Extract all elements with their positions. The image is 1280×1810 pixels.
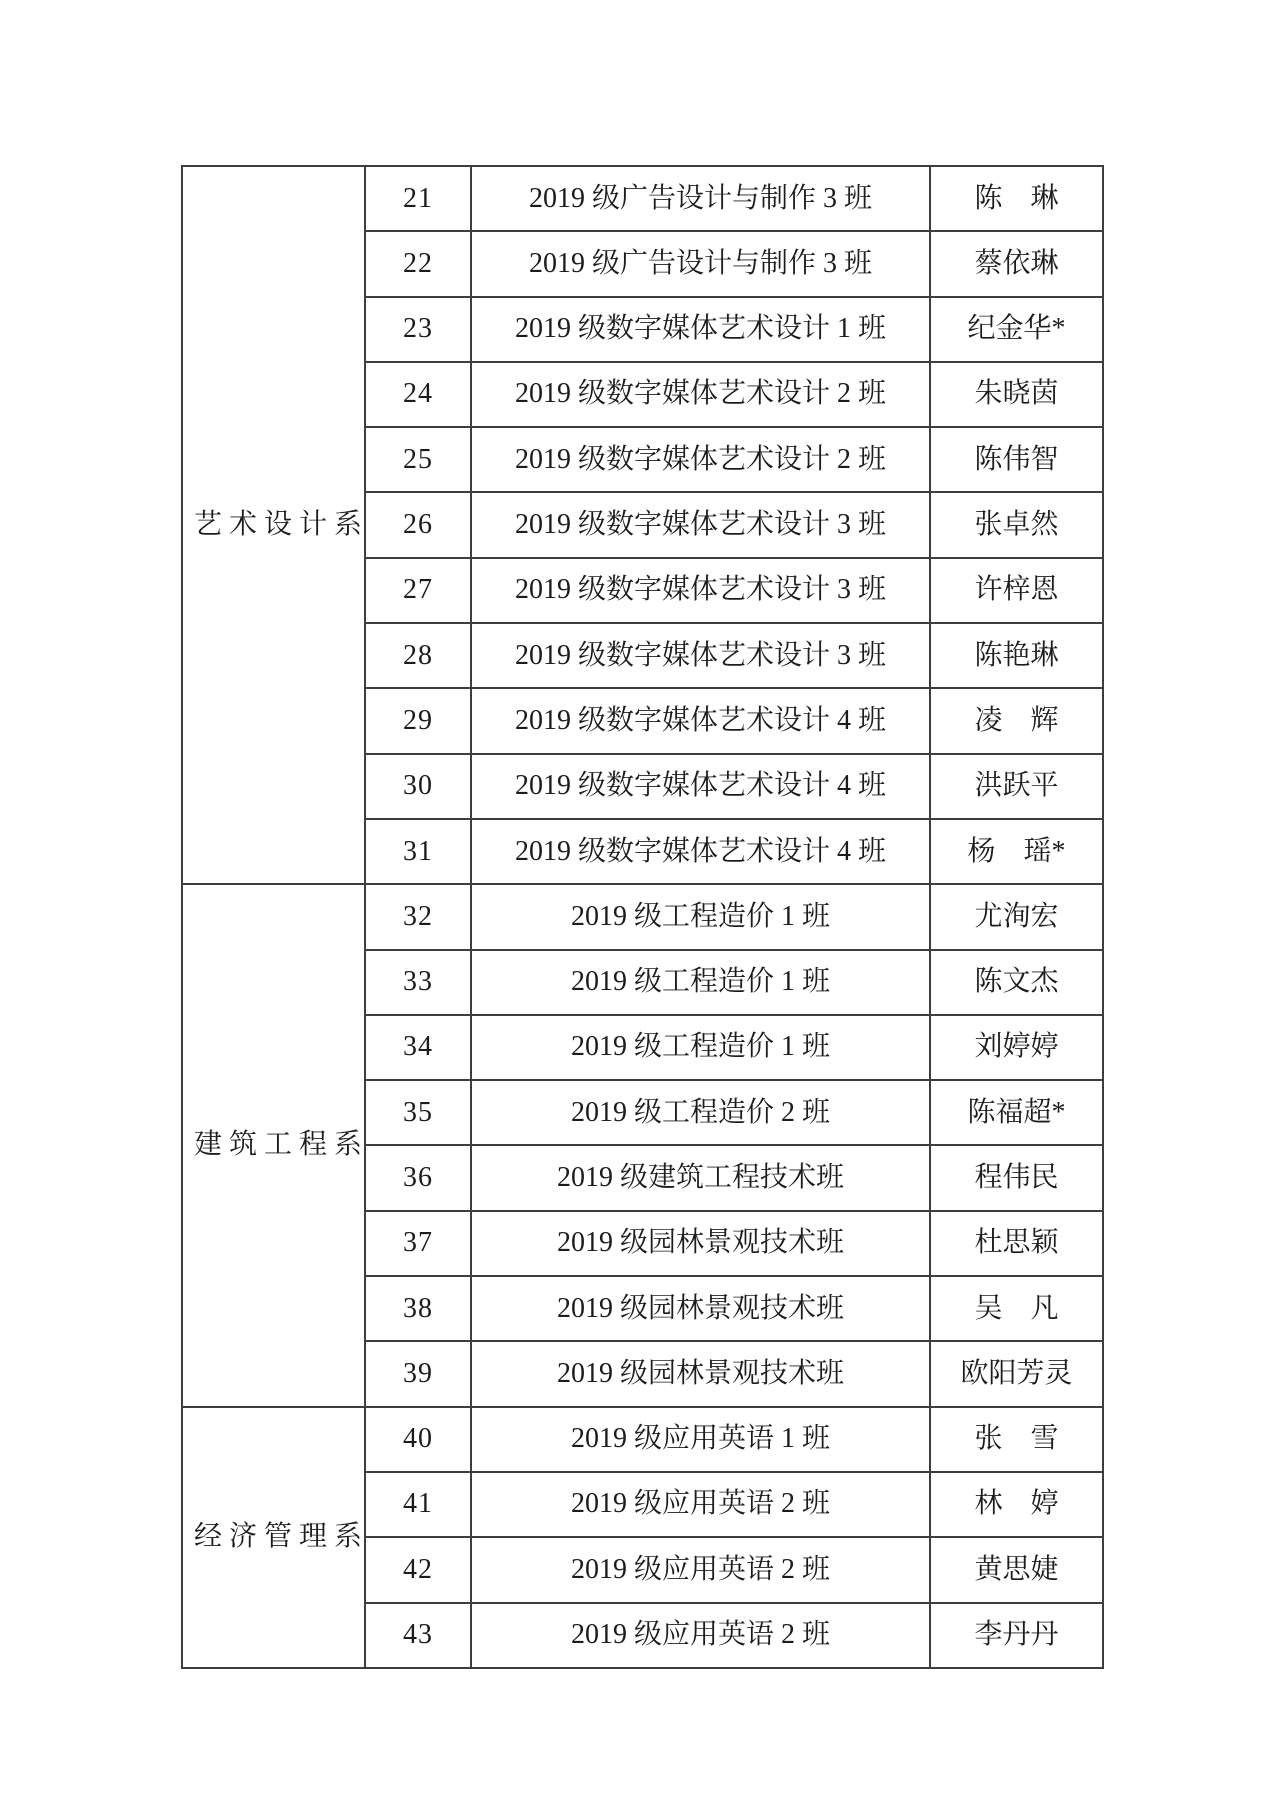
row-number-cell: 29 [365,688,471,753]
document-page: 艺术设计系 21 2019 级广告设计与制作 3 班 陈 琳 22 2019 级… [0,0,1280,1810]
student-name-cell: 刘婷婷 [930,1015,1103,1080]
class-name-cell: 2019 级数字媒体艺术设计 3 班 [471,623,930,688]
student-name-cell: 尤洵宏 [930,884,1103,949]
class-name-cell: 2019 级建筑工程技术班 [471,1145,930,1210]
row-number-cell: 27 [365,558,471,623]
row-number-cell: 35 [365,1080,471,1145]
student-name-cell: 李丹丹 [930,1603,1103,1668]
row-number-cell: 30 [365,754,471,819]
student-name-cell: 陈福超* [930,1080,1103,1145]
row-number-cell: 37 [365,1211,471,1276]
class-name-cell: 2019 级园林景观技术班 [471,1341,930,1406]
student-name-cell: 张卓然 [930,492,1103,557]
class-name-cell: 2019 级数字媒体艺术设计 4 班 [471,819,930,884]
row-number-cell: 39 [365,1341,471,1406]
table-row: 艺术设计系 21 2019 级广告设计与制作 3 班 陈 琳 [182,166,1103,231]
student-name-cell: 洪跃平 [930,754,1103,819]
student-name-cell: 朱晓茵 [930,362,1103,427]
class-name-cell: 2019 级园林景观技术班 [471,1211,930,1276]
department-cell: 建筑工程系 [182,884,365,1406]
class-name-cell: 2019 级数字媒体艺术设计 2 班 [471,427,930,492]
row-number-cell: 43 [365,1603,471,1668]
student-name-cell: 吴 凡 [930,1276,1103,1341]
class-name-cell: 2019 级广告设计与制作 3 班 [471,166,930,231]
row-number-cell: 31 [365,819,471,884]
row-number-cell: 23 [365,297,471,362]
class-name-cell: 2019 级数字媒体艺术设计 2 班 [471,362,930,427]
row-number-cell: 24 [365,362,471,427]
class-name-cell: 2019 级应用英语 2 班 [471,1472,930,1537]
class-name-cell: 2019 级应用英语 2 班 [471,1603,930,1668]
row-number-cell: 40 [365,1407,471,1472]
class-name-cell: 2019 级园林景观技术班 [471,1276,930,1341]
student-name-cell: 陈 琳 [930,166,1103,231]
student-name-cell: 程伟民 [930,1145,1103,1210]
student-name-cell: 欧阳芳灵 [930,1341,1103,1406]
student-name-cell: 陈文杰 [930,950,1103,1015]
row-number-cell: 41 [365,1472,471,1537]
row-number-cell: 22 [365,231,471,296]
row-number-cell: 38 [365,1276,471,1341]
class-name-cell: 2019 级数字媒体艺术设计 1 班 [471,297,930,362]
row-number-cell: 34 [365,1015,471,1080]
row-number-cell: 42 [365,1537,471,1602]
class-name-cell: 2019 级工程造价 1 班 [471,1015,930,1080]
student-name-cell: 杨 瑶* [930,819,1103,884]
row-number-cell: 33 [365,950,471,1015]
table-row: 经济管理系 40 2019 级应用英语 1 班 张 雪 [182,1407,1103,1472]
department-cell: 艺术设计系 [182,166,365,884]
student-name-cell: 林 婷 [930,1472,1103,1537]
row-number-cell: 36 [365,1145,471,1210]
student-name-cell: 黄思婕 [930,1537,1103,1602]
student-name-cell: 陈伟智 [930,427,1103,492]
class-name-cell: 2019 级应用英语 1 班 [471,1407,930,1472]
row-number-cell: 26 [365,492,471,557]
roster-table: 艺术设计系 21 2019 级广告设计与制作 3 班 陈 琳 22 2019 级… [181,165,1104,1669]
student-name-cell: 陈艳琳 [930,623,1103,688]
row-number-cell: 28 [365,623,471,688]
class-name-cell: 2019 级应用英语 2 班 [471,1537,930,1602]
table-row: 建筑工程系 32 2019 级工程造价 1 班 尤洵宏 [182,884,1103,949]
class-name-cell: 2019 级工程造价 1 班 [471,884,930,949]
student-name-cell: 纪金华* [930,297,1103,362]
class-name-cell: 2019 级数字媒体艺术设计 3 班 [471,492,930,557]
class-name-cell: 2019 级工程造价 1 班 [471,950,930,1015]
class-name-cell: 2019 级广告设计与制作 3 班 [471,231,930,296]
department-cell: 经济管理系 [182,1407,365,1668]
row-number-cell: 21 [365,166,471,231]
student-name-cell: 凌 辉 [930,688,1103,753]
class-name-cell: 2019 级工程造价 2 班 [471,1080,930,1145]
student-name-cell: 张 雪 [930,1407,1103,1472]
class-name-cell: 2019 级数字媒体艺术设计 3 班 [471,558,930,623]
row-number-cell: 32 [365,884,471,949]
class-name-cell: 2019 级数字媒体艺术设计 4 班 [471,688,930,753]
row-number-cell: 25 [365,427,471,492]
student-name-cell: 许梓恩 [930,558,1103,623]
class-name-cell: 2019 级数字媒体艺术设计 4 班 [471,754,930,819]
student-name-cell: 蔡依琳 [930,231,1103,296]
student-name-cell: 杜思颖 [930,1211,1103,1276]
